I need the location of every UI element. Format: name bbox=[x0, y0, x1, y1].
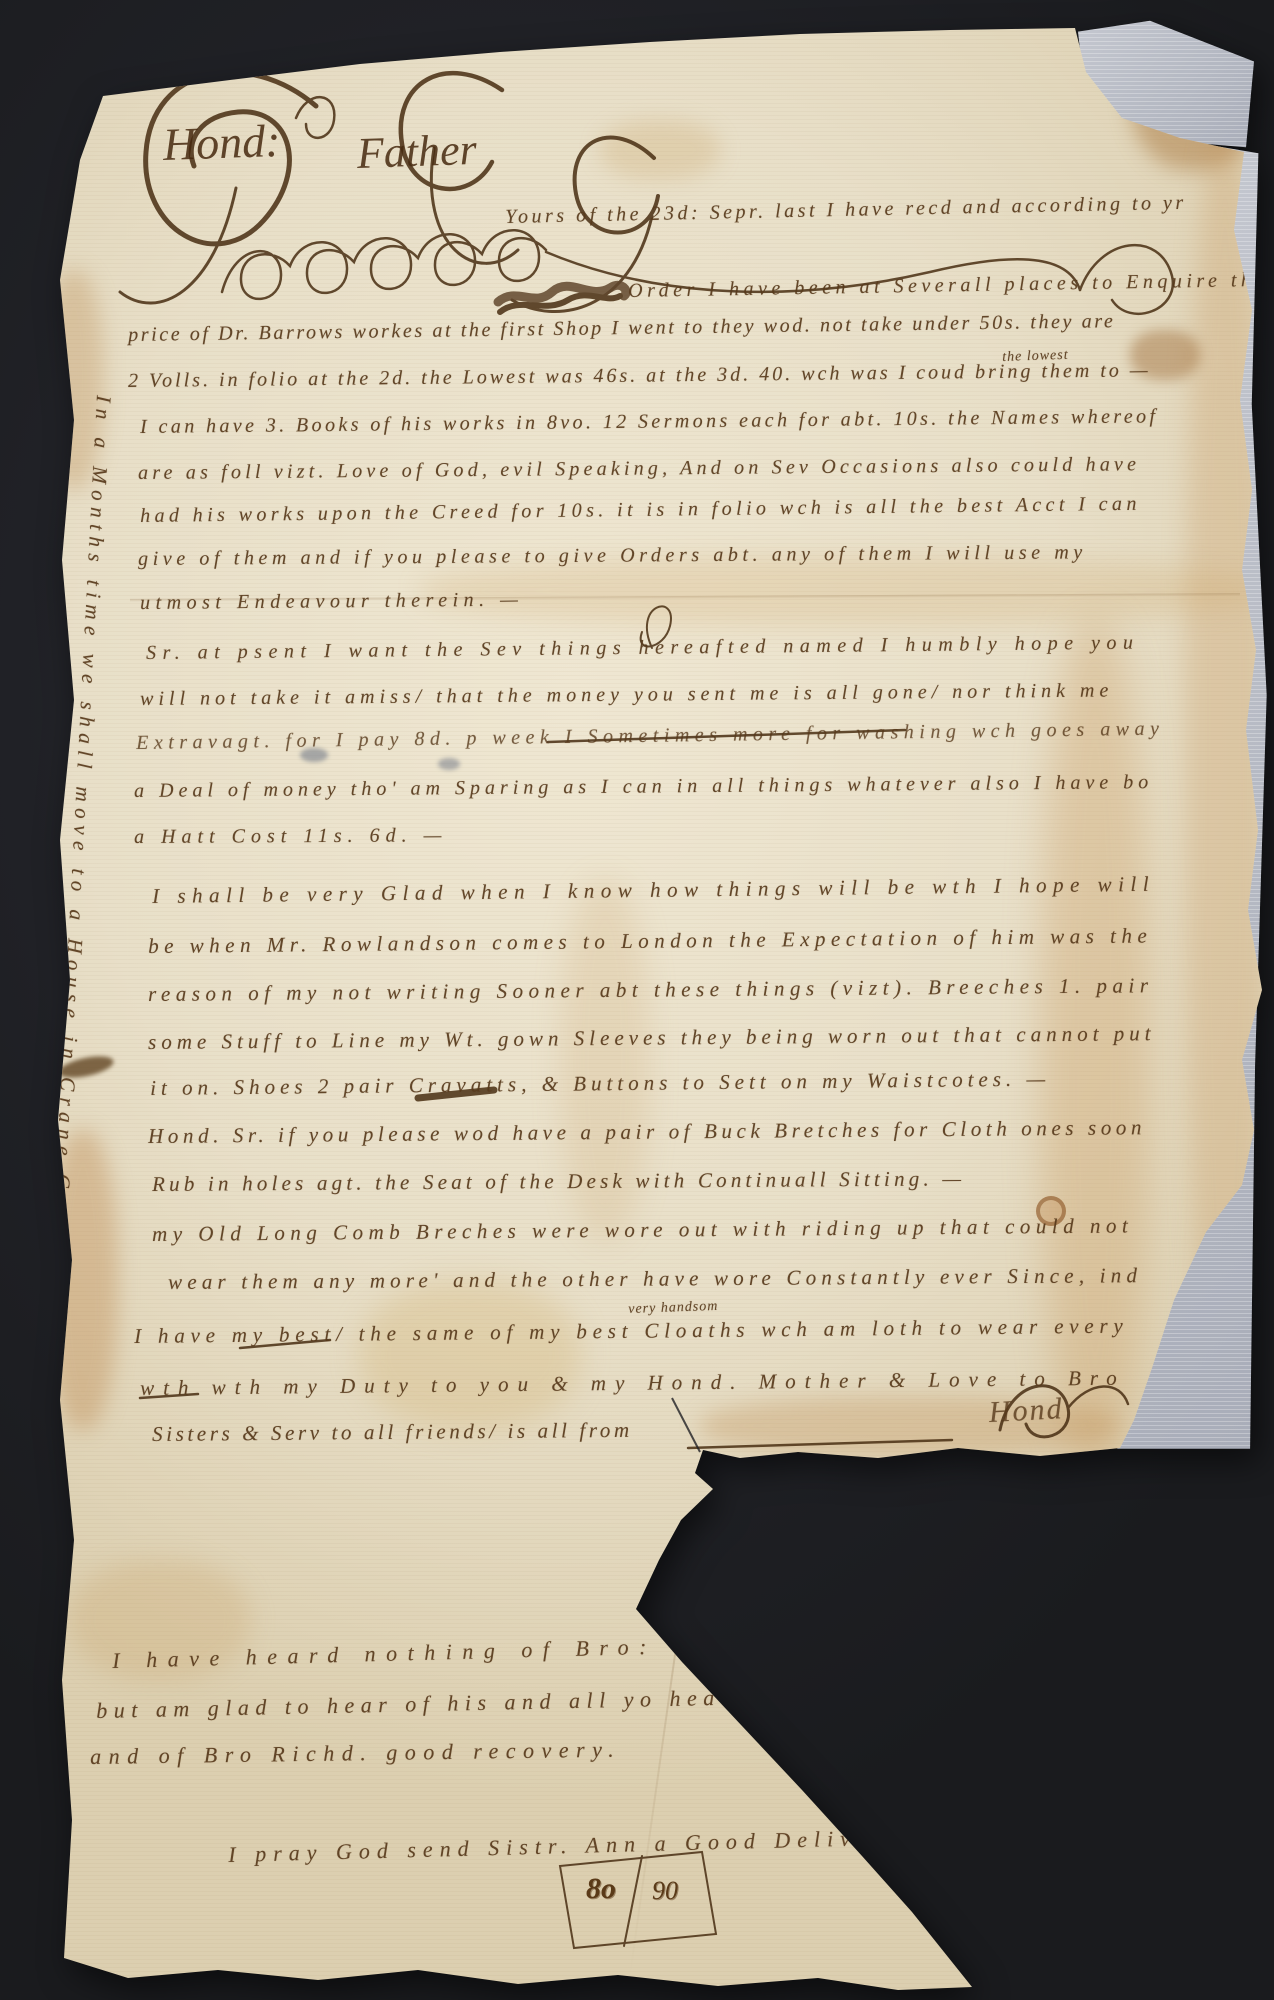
manuscript-line: 2 Volls. in folio at the 2d. the Lowest … bbox=[128, 359, 1151, 393]
manuscript-line: are as foll vizt. Love of God, evil Spea… bbox=[138, 453, 1140, 485]
manuscript-line: Order I have been at Severall places to … bbox=[628, 269, 1269, 303]
manuscript-line: had his works upon the Creed for 10s. it… bbox=[140, 493, 1141, 528]
grey-smudge bbox=[438, 758, 460, 770]
docket-left-number: 8o bbox=[586, 1872, 616, 1906]
interlinear-insertion: very handsom bbox=[628, 1299, 719, 1318]
manuscript-line: I shall be very Glad when I know how thi… bbox=[152, 872, 1155, 909]
interlinear-insertion: the lowest bbox=[1002, 348, 1069, 366]
manuscript-line: and of Bro Richd. good recovery. bbox=[90, 1737, 621, 1770]
manuscript-line: reason of my not writing Sooner abt thes… bbox=[148, 973, 1154, 1007]
salutation-honoured: Hond: bbox=[162, 114, 281, 171]
manuscript-line: it on. Shoes 2 pair Cravatts, & Buttons … bbox=[150, 1067, 1050, 1101]
crossed-out-word bbox=[498, 285, 626, 302]
manuscript-line: Extravagt. for I pay 8d. p week I Someti… bbox=[136, 718, 1165, 755]
manuscript-line: my Old Long Comb Breches were wore out w… bbox=[152, 1213, 1133, 1247]
paper-stain bbox=[48, 1130, 118, 1430]
margin-note: St Dunstans Church. — 8q. And besides ta… bbox=[5, 469, 62, 1387]
manuscript-line: price of Dr. Barrows workes at the first… bbox=[128, 310, 1116, 347]
manuscript-line: I pray God send Sistr. Ann a Good Delive… bbox=[228, 1823, 959, 1868]
manuscript-line: wear them any more' and the other have w… bbox=[168, 1263, 1142, 1295]
manuscript-line: wth wth my Duty to you & my Hond. Mother… bbox=[140, 1366, 1126, 1401]
salutation-father: Father bbox=[356, 124, 477, 179]
manuscript-line: Yours of the 23d: Sepr. last I have recd… bbox=[505, 192, 1187, 229]
signature-fragment: Hond bbox=[988, 1392, 1064, 1430]
photo-background: Hond: Father Yours of the 23d: Sepr. las… bbox=[0, 0, 1274, 2000]
docket-right-number: 90 bbox=[652, 1876, 678, 1906]
paper-stain bbox=[600, 120, 720, 180]
paper-stain bbox=[360, 1280, 580, 1430]
tear-crack bbox=[672, 1398, 700, 1452]
manuscript-line: Sisters & Serv to all friends/ is all fr… bbox=[152, 1418, 633, 1447]
manuscript-line: Sr. at psent I want the Sev things herea… bbox=[146, 632, 1140, 665]
manuscript-line: will not take it amiss/ that the money y… bbox=[140, 680, 1113, 711]
manuscript-line: Hond. Sr. if you please wod have a pair … bbox=[148, 1115, 1146, 1149]
manuscript-line: but am glad to hear of his and all yo he… bbox=[96, 1684, 779, 1724]
docket-box bbox=[560, 1852, 716, 1948]
paper-stain bbox=[1040, 620, 1150, 1480]
manuscript-line: some Stuff to Line my Wt. gown Sleeves t… bbox=[148, 1021, 1156, 1055]
flourish-superscript-curl bbox=[296, 97, 334, 138]
manuscript-line: a Hatt Cost 11s. 6d. — bbox=[134, 824, 447, 849]
flourish-capital-h-tail bbox=[120, 188, 236, 303]
paper-stack: Hond: Father Yours of the 23d: Sepr. las… bbox=[0, 0, 1274, 2000]
manuscript-line: I can have 3. Books of his works in 8vo.… bbox=[140, 405, 1159, 439]
manuscript-line: I have my best/ the same of my best Cloa… bbox=[134, 1314, 1129, 1349]
crossed-out-word bbox=[500, 295, 620, 312]
manuscript-line: be when Mr. Rowlandson comes to London t… bbox=[148, 923, 1152, 959]
flourish-garland bbox=[222, 230, 546, 299]
manuscript-line: utmost Endeavour therein. — bbox=[140, 589, 523, 615]
manuscript-line: Rub in holes agt. the Seat of the Desk w… bbox=[152, 1166, 965, 1197]
letter-paper: Hond: Father Yours of the 23d: Sepr. las… bbox=[0, 0, 1274, 2000]
manuscript-line: a Deal of money tho' am Sparing as I can… bbox=[134, 771, 1153, 803]
